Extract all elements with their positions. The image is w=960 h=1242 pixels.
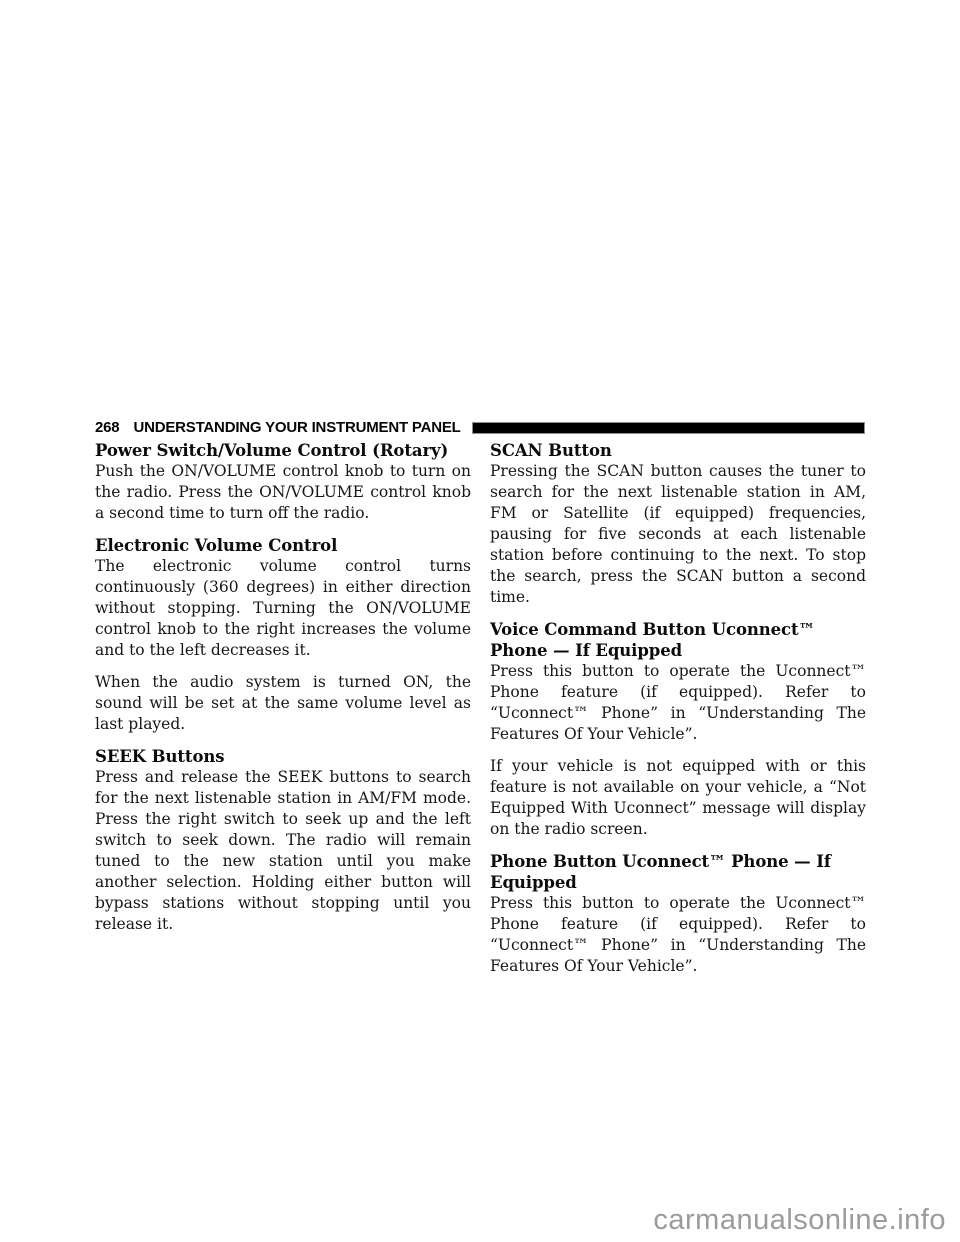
page-title: UNDERSTANDING YOUR INSTRUMENT PANEL xyxy=(133,419,460,436)
section-paragraph: Pressing the SCAN button causes the tune… xyxy=(490,461,866,608)
section-paragraph: When the audio system is turned ON, the … xyxy=(95,672,471,735)
section-paragraph: Press and release the SEEK buttons to se… xyxy=(95,767,471,935)
section-paragraph: If your vehicle is not equipped with or … xyxy=(490,756,866,840)
section-heading: Phone Button Uconnect™ Phone — If Equipp… xyxy=(490,851,866,893)
running-header: 268 UNDERSTANDING YOUR INSTRUMENT PANEL xyxy=(95,419,865,436)
left-column: Power Switch/Volume Control (Rotary) Pus… xyxy=(95,440,471,977)
right-column: SCAN Button Pressing the SCAN button cau… xyxy=(490,440,866,977)
section-paragraph: Press this button to operate the Uconnec… xyxy=(490,661,866,745)
section-paragraph: Push the ON/VOLUME control knob to turn … xyxy=(95,461,471,524)
section-paragraph: Press this button to operate the Uconnec… xyxy=(490,893,866,977)
two-column-text-body: Power Switch/Volume Control (Rotary) Pus… xyxy=(95,440,866,977)
section-heading: Power Switch/Volume Control (Rotary) xyxy=(95,440,471,461)
section-voice-command-button: Voice Command Button Uconnect™ Phone — I… xyxy=(490,619,866,840)
section-heading: SEEK Buttons xyxy=(95,746,471,767)
section-power-switch-volume-control: Power Switch/Volume Control (Rotary) Pus… xyxy=(95,440,471,524)
section-scan-button: SCAN Button Pressing the SCAN button cau… xyxy=(490,440,866,608)
header-rule-bar xyxy=(472,422,865,434)
page-number: 268 xyxy=(95,419,119,436)
watermark-text: carmanualsonline.info xyxy=(653,1204,946,1237)
section-electronic-volume-control: Electronic Volume Control The electronic… xyxy=(95,535,471,735)
section-paragraph: The electronic volume control turns cont… xyxy=(95,556,471,661)
section-heading: Electronic Volume Control xyxy=(95,535,471,556)
section-heading: Voice Command Button Uconnect™ Phone — I… xyxy=(490,619,866,661)
manual-page: 268 UNDERSTANDING YOUR INSTRUMENT PANEL … xyxy=(0,0,960,1242)
section-phone-button: Phone Button Uconnect™ Phone — If Equipp… xyxy=(490,851,866,977)
section-seek-buttons: SEEK Buttons Press and release the SEEK … xyxy=(95,746,471,935)
section-heading: SCAN Button xyxy=(490,440,866,461)
